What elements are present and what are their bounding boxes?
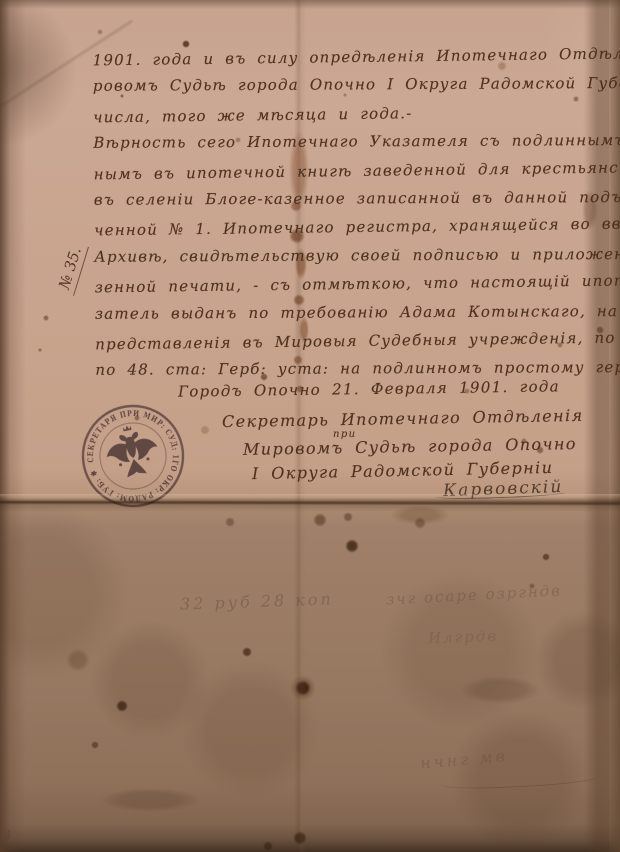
pencil-note: Илгрдв	[428, 627, 499, 647]
double-headed-eagle-icon	[101, 420, 162, 481]
manuscript-line: Вѣрность сего Ипотечнаго Указателя съ по…	[93, 125, 620, 157]
pencil-corner-mark: 4	[4, 828, 12, 842]
document-photo: 1901. года и въ силу опредѣленія Ипотечн…	[0, 0, 620, 852]
pencil-note: нчнг мв	[419, 746, 508, 773]
margin-case-number: № 35.	[54, 241, 89, 296]
pencil-note: 32 руб 28 коп	[180, 589, 334, 613]
secretary-signature: Карвовскій	[443, 477, 564, 501]
pencil-flourish	[440, 768, 601, 791]
manuscript-body: 1901. года и въ силу опредѣленія Ипотечн…	[93, 39, 620, 386]
signature-block-court: Мировомъ Судьѣ города Опочно	[243, 434, 577, 459]
official-seal-stamp: СЕКРЕТАРЯ ПРИ МИР: СУД: 1ГО ОКР: РАДОМ: …	[70, 393, 196, 519]
signature-block-title: Секретарь Ипотечнаго Отдѣленія	[222, 406, 584, 431]
pencil-note: зчг осаре озргндв	[386, 581, 563, 608]
manuscript-line: въ селеніи Блоге-казенное записанной въ …	[94, 182, 620, 214]
manuscript-line: ровомъ Судьѣ города Опочно I Округа Радо…	[93, 69, 620, 101]
manuscript-line: затель выданъ по требованію Адама Котынс…	[95, 296, 620, 328]
manuscript-line: Архивѣ, свидѣтельствую своей подписью и …	[94, 239, 620, 271]
